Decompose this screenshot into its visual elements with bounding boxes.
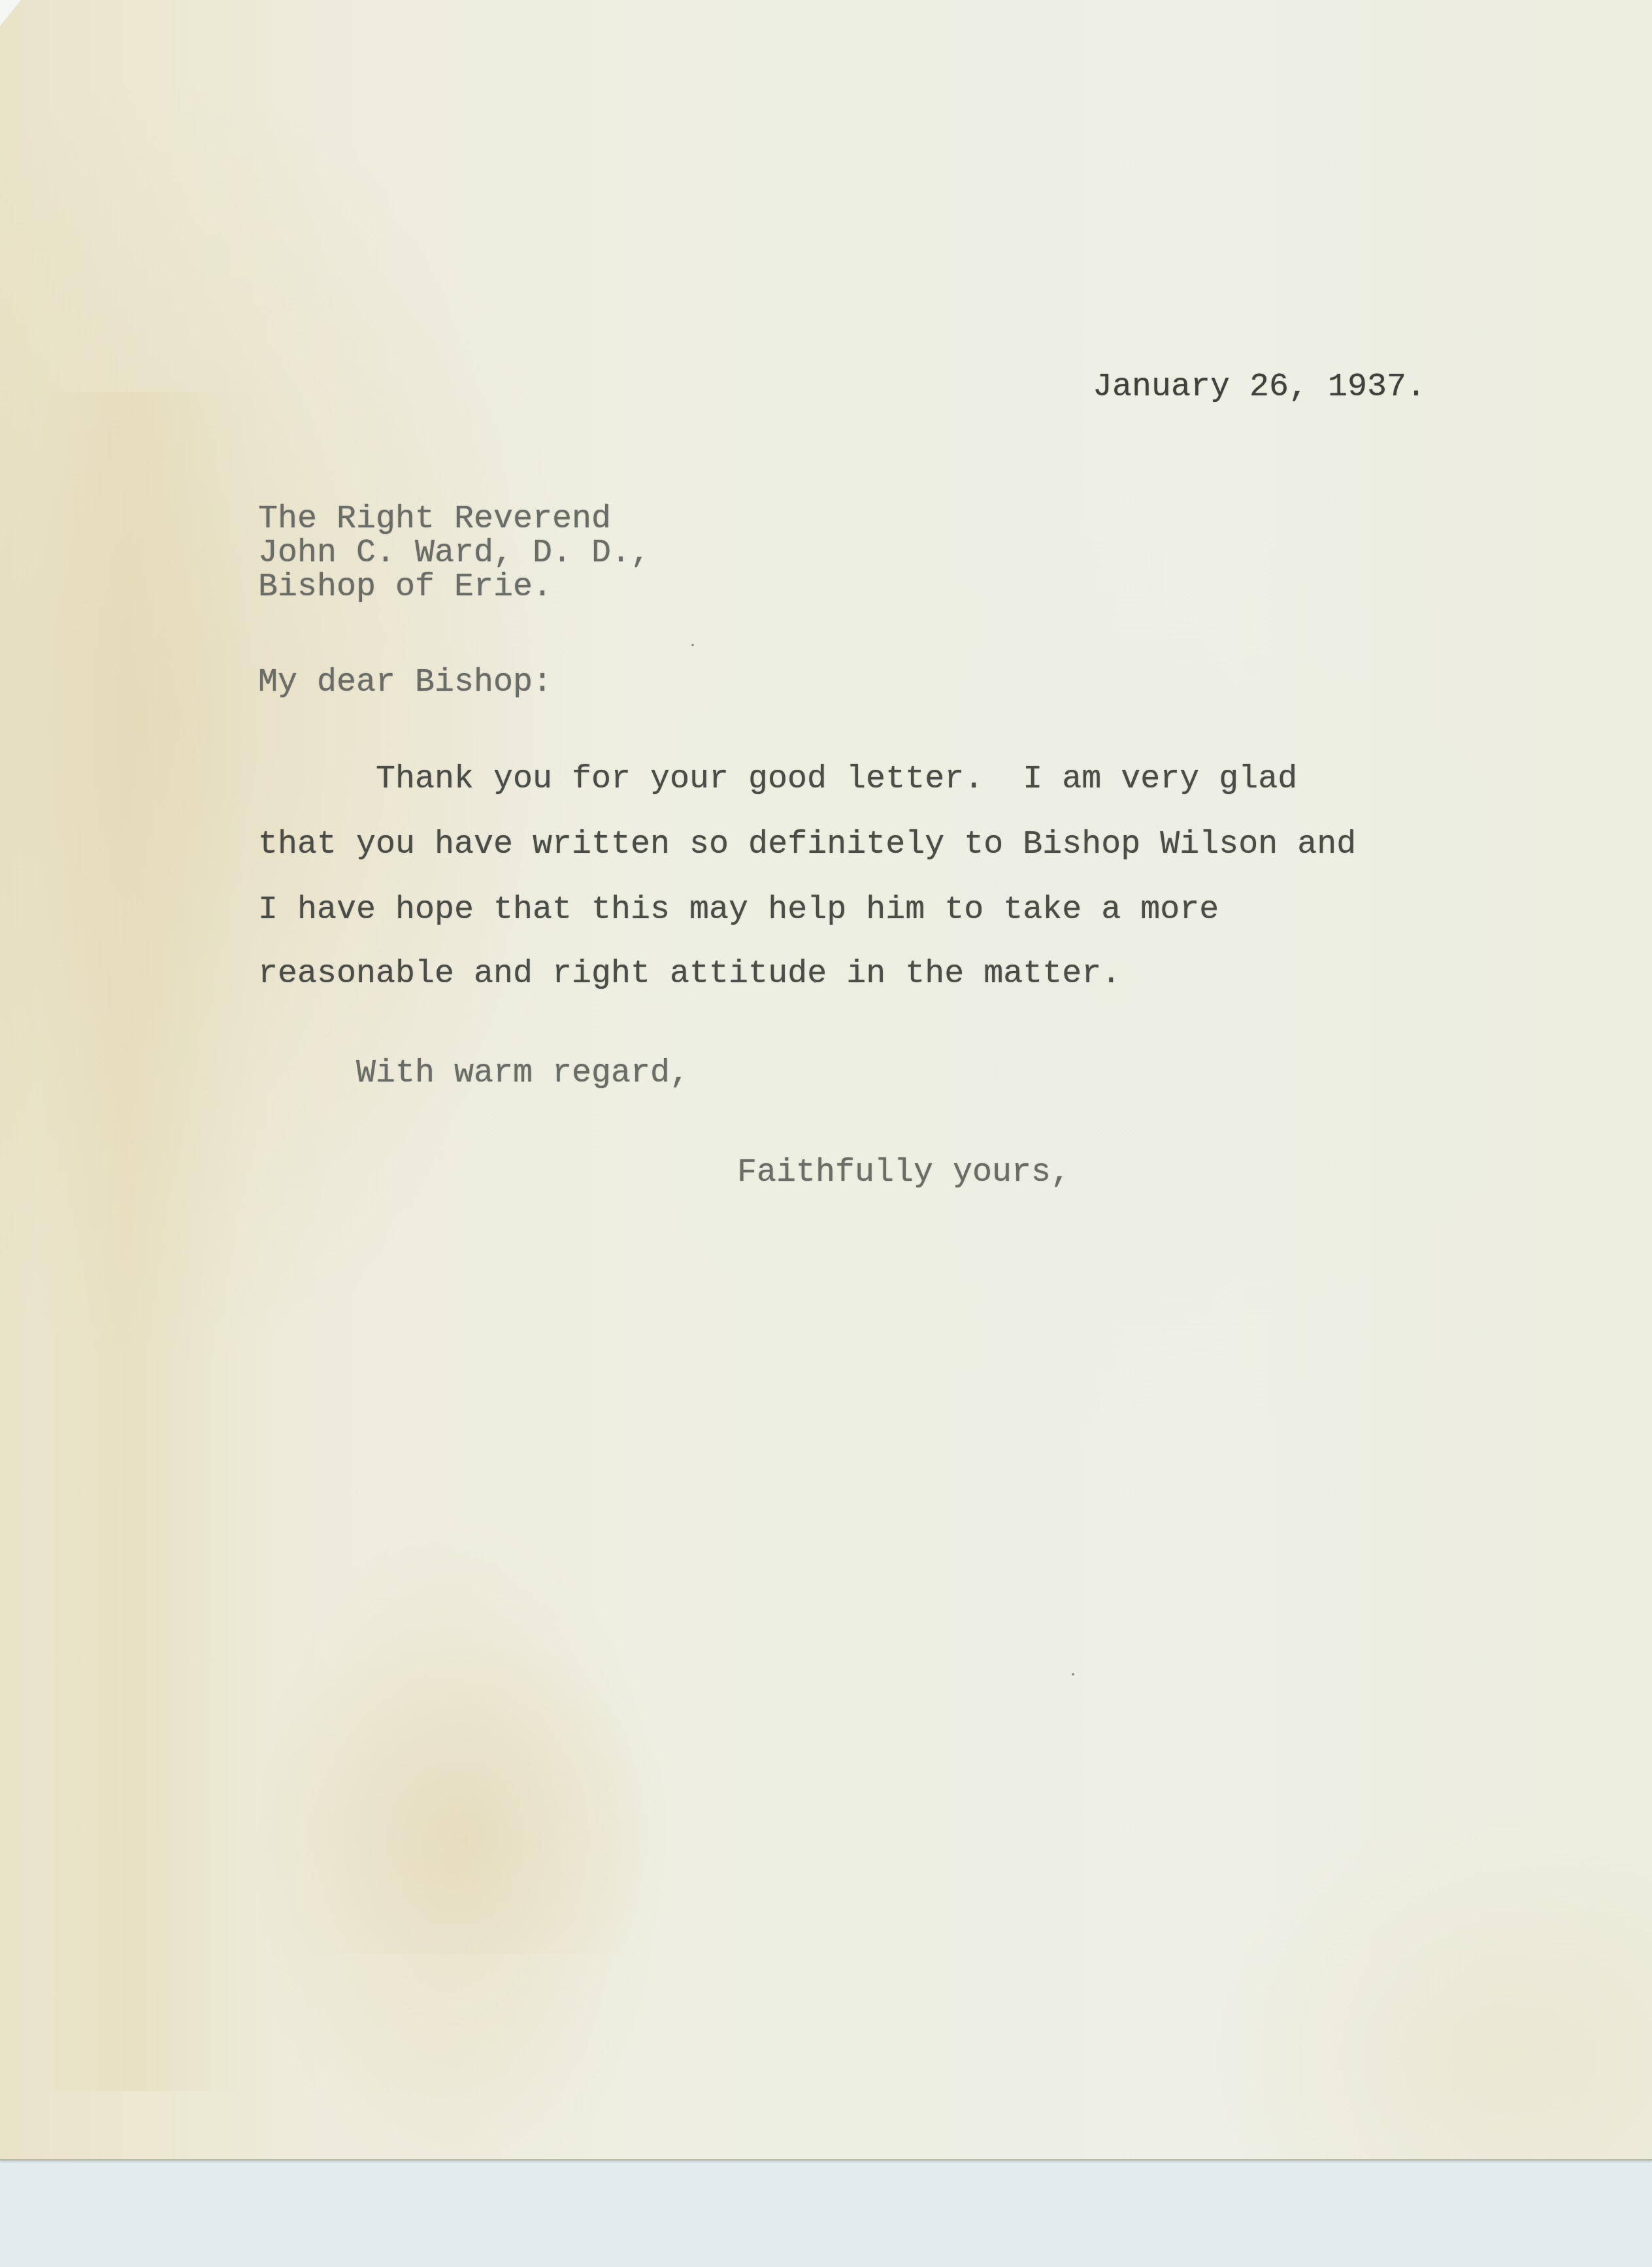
folded-corner [0,0,21,26]
body-line-3: I have hope that this may help him to ta… [258,894,1219,927]
recipient-line-1: The Right Reverend [258,503,611,536]
body-line-1: Thank you for your good letter. I am ver… [376,763,1297,796]
closing-regard: With warm regard, [356,1057,689,1090]
body-line-4: reasonable and right attitude in the mat… [258,958,1121,991]
letter-page: January 26, 1937. The Right Reverend Joh… [0,0,1652,2159]
paper-speck [1072,1673,1074,1676]
recipient-line-3: Bishop of Erie. [258,571,552,604]
salutation: My dear Bishop: [258,667,552,699]
paper-stain-left [39,392,255,2091]
recipient-line-2: John C. Ward, D. D., [258,537,650,570]
paper-stain-bottom [261,1647,667,1954]
letter-date: January 26, 1937. [1093,371,1426,404]
paper-speck [814,980,816,983]
closing-signoff: Faithfully yours, [737,1157,1070,1189]
paper-speck [691,644,694,646]
body-line-2: that you have written so definitely to B… [258,829,1356,861]
